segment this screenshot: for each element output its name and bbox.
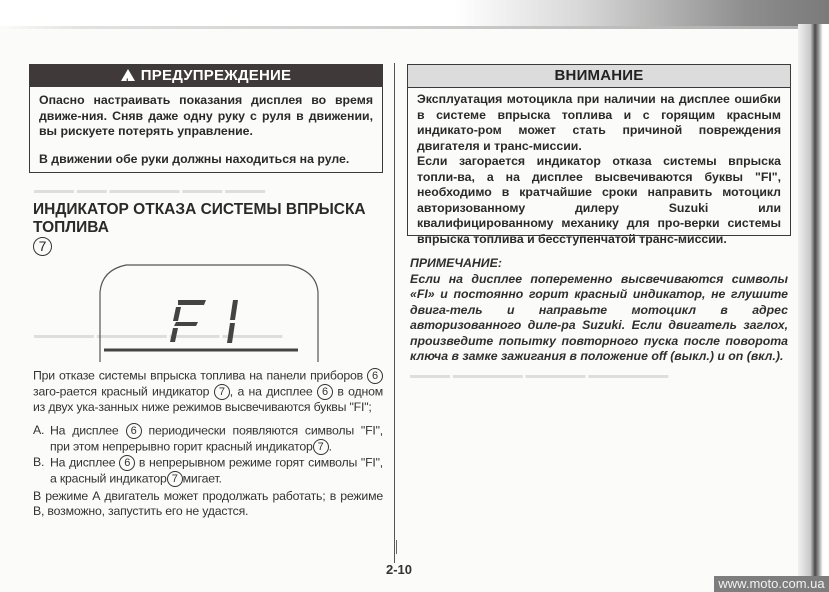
warning-paragraph: В движении обе руки должны находиться на…	[39, 152, 373, 168]
intro-paragraph: При отказе системы впрыска топлива на па…	[33, 368, 383, 415]
list-marker: B.	[33, 455, 44, 470]
text-run: На дисплее	[50, 423, 126, 437]
caution-box-body: Эксплуатация мотоцикла при наличии на ди…	[408, 88, 790, 253]
note-text: Если на дисплее попеременно высвечиваютс…	[410, 272, 788, 364]
text-run: заго-рается красный индикатор	[33, 384, 214, 398]
caution-paragraph: Если загорается индикатор отказа системы…	[417, 154, 781, 247]
watermark: www.moto.com.ua	[714, 576, 829, 592]
page-number-tick	[396, 540, 397, 554]
warning-box-title: ПРЕДУПРЕЖДЕНИЕ	[30, 65, 382, 87]
text-run: При отказе системы впрыска топлива на па…	[33, 368, 367, 382]
fi-display-illustration	[88, 262, 328, 362]
callout-number: 6	[119, 455, 135, 471]
column-divider	[394, 63, 395, 563]
conclusion-text: В режиме А двигатель может продолжать ра…	[33, 489, 383, 518]
caution-title-text: ВНИМАНИЕ	[555, 67, 644, 84]
warning-triangle-icon	[121, 69, 135, 81]
mode-a-item: A. На дисплее 6 периодически появляются …	[33, 423, 383, 455]
page-binding-edge	[798, 24, 829, 592]
warning-box: ПРЕДУПРЕЖДЕНИЕ Опасно настраивать показа…	[29, 64, 383, 173]
modes-list: A. На дисплее 6 периодически появляются …	[33, 423, 383, 487]
note-block: ПРИМЕЧАНИЕ: Если на дисплее попеременно …	[410, 256, 788, 365]
section-heading-text: ИНДИКАТОР ОТКАЗА СИСТЕМЫ ВПРЫСКА ТОПЛИВА	[33, 201, 366, 236]
callout-number: 6	[126, 423, 142, 439]
text-run: На дисплее	[50, 455, 119, 469]
section-heading: ИНДИКАТОР ОТКАЗА СИСТЕМЫ ВПРЫСКА ТОПЛИВА…	[33, 201, 393, 256]
text-run: мигает.	[183, 471, 222, 485]
callout-number: 7	[167, 471, 183, 487]
callout-number: 7	[313, 439, 329, 455]
callout-number: 7	[33, 237, 52, 256]
warning-title-text: ПРЕДУПРЕЖДЕНИЕ	[141, 67, 291, 84]
scan-top-shadow	[0, 0, 829, 26]
show-through-text: ▬▬▬▬ ▬▬▬▬▬▬▬ ▬▬▬▬▬▬ ▬▬▬▬▬▬▬▬	[410, 370, 760, 382]
page-number: 2-10	[386, 562, 412, 577]
callout-number: 6	[367, 368, 383, 384]
caution-paragraph: Эксплуатация мотоцикла при наличии на ди…	[417, 92, 781, 154]
warning-paragraph: Опасно настраивать показания дисплея во …	[39, 93, 373, 140]
text-run: .	[329, 439, 332, 453]
text-run: , а на дисплее	[230, 384, 317, 398]
conclusion-paragraph: В режиме А двигатель может продолжать ра…	[33, 489, 383, 518]
fi-segment-display	[170, 300, 238, 343]
caution-box: ВНИМАНИЕ Эксплуатация мотоцикла при нали…	[407, 64, 791, 236]
mode-b-item: B. На дисплее 6 в непрерывном режиме гор…	[33, 455, 383, 487]
show-through-text: ▬▬▬▬ ▬▬▬ ▬▬▬▬▬▬▬ ▬▬▬▬ ▬▬▬▬	[34, 185, 384, 197]
callout-number: 7	[214, 384, 230, 400]
callout-number: 6	[317, 384, 333, 400]
list-marker: A.	[33, 423, 44, 438]
note-title: ПРИМЕЧАНИЕ:	[410, 256, 788, 272]
caution-box-title: ВНИМАНИЕ	[408, 65, 790, 88]
warning-box-body: Опасно настраивать показания дисплея во …	[30, 87, 382, 173]
